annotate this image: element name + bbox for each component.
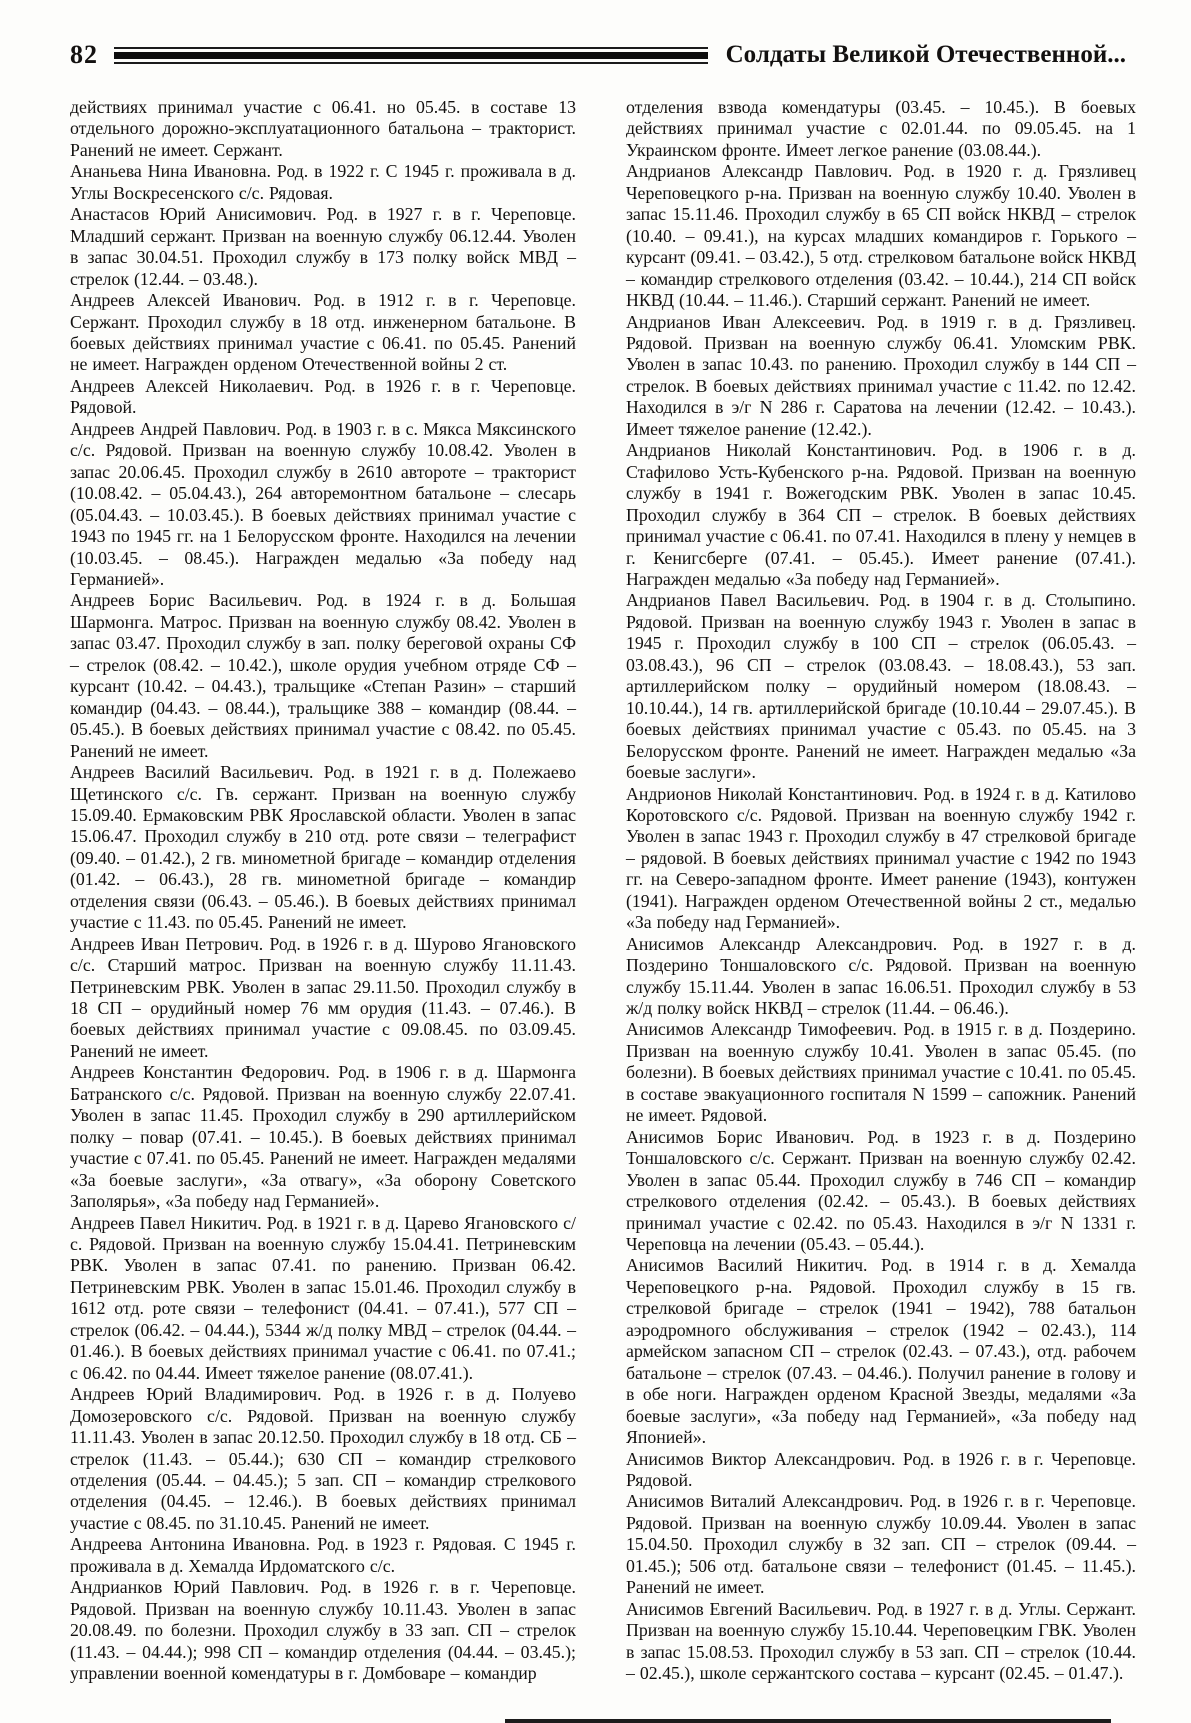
header-rule-thin-top [114, 47, 708, 49]
entry: Андрианов Иван Алексеевич. Род. в 1919 г… [626, 312, 1136, 441]
entry: Андреев Юрий Владимирович. Род. в 1926 г… [70, 1384, 576, 1534]
entry: отделения взвода комендатуры (03.45. – 1… [626, 97, 1136, 161]
entry: Андрианов Александр Павлович. Род. в 192… [626, 161, 1136, 311]
entry: Анисимов Виктор Александрович. Род. в 19… [626, 1449, 1136, 1492]
entry: Андрионов Николай Константинович. Род. в… [626, 784, 1136, 934]
scan-artifact [505, 1719, 1111, 1723]
running-title: Солдаты Великой Отечественной... [726, 41, 1126, 69]
header-rule-thick [114, 52, 708, 59]
entry: Андреев Василий Васильевич. Род. в 1921 … [70, 762, 576, 934]
entry: Анисимов Виталий Александрович. Род. в 1… [626, 1491, 1136, 1598]
entry: действиях принимал участие с 06.41. но 0… [70, 97, 576, 161]
left-column: действиях принимал участие с 06.41. но 0… [70, 97, 576, 1685]
book-page: 82 Солдаты Великой Отечественной... дейс… [0, 0, 1191, 1723]
header-rule [114, 47, 708, 64]
entry: Андреева Антонина Ивановна. Род. в 1923 … [70, 1534, 576, 1577]
entry: Андреев Борис Васильевич. Род. в 1924 г.… [70, 590, 576, 762]
page-number: 82 [70, 40, 98, 70]
entry: Ананьева Нина Ивановна. Род. в 1922 г. С… [70, 161, 576, 204]
entry: Андреев Андрей Павлович. Род. в 1903 г. … [70, 419, 576, 591]
entry: Анастасов Юрий Анисимович. Род. в 1927 г… [70, 204, 576, 290]
right-column: отделения взвода комендатуры (03.45. – 1… [626, 97, 1136, 1685]
entry: Анисимов Александр Александрович. Род. в… [626, 934, 1136, 1020]
entry: Андреев Иван Петрович. Род. в 1926 г. в … [70, 934, 576, 1063]
entry: Андреев Алексей Иванович. Род. в 1912 г.… [70, 290, 576, 376]
entry: Анисимов Борис Иванович. Род. в 1923 г. … [626, 1127, 1136, 1256]
entry: Анисимов Александр Тимофеевич. Род. в 19… [626, 1019, 1136, 1126]
entry: Андрианов Николай Константинович. Род. в… [626, 440, 1136, 590]
entry: Андрианков Юрий Павлович. Род. в 1926 г.… [70, 1577, 576, 1684]
entry: Андрианов Павел Васильевич. Род. в 1904 … [626, 590, 1136, 783]
header-rule-thin-bottom [114, 62, 708, 64]
entry: Андреев Павел Никитич. Род. в 1921 г. в … [70, 1213, 576, 1385]
entry: Анисимов Василий Никитич. Род. в 1914 г.… [626, 1255, 1136, 1448]
entry: Андреев Константин Федорович. Род. в 190… [70, 1062, 576, 1212]
page-header: 82 Солдаты Великой Отечественной... [70, 40, 1126, 70]
entry: Анисимов Евгений Васильевич. Род. в 1927… [626, 1599, 1136, 1685]
entry: Андреев Алексей Николаевич. Род. в 1926 … [70, 376, 576, 419]
